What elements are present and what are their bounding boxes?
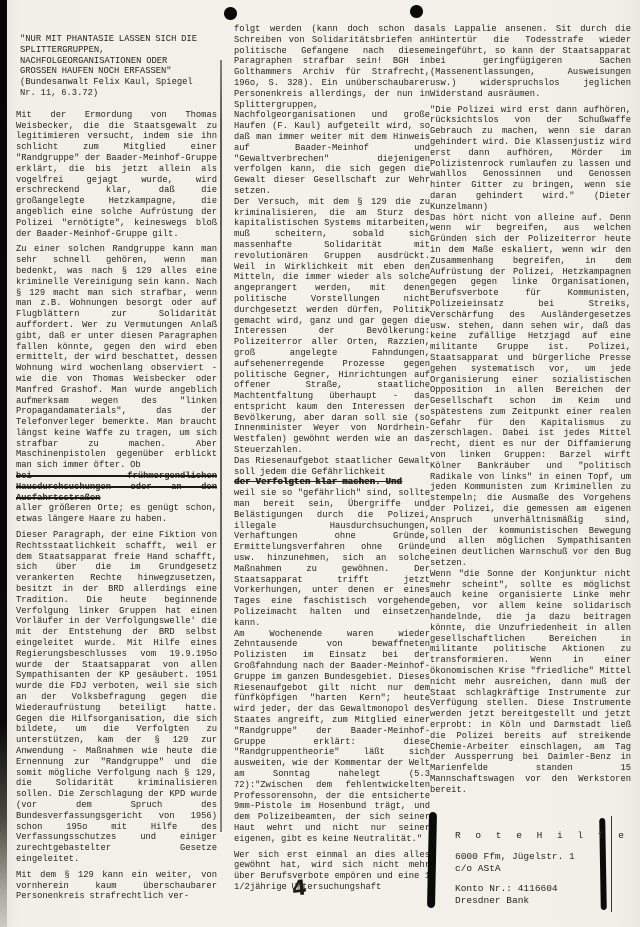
paragraph-strike: bei frühmorgendlichen Hausdurchsuchungen… — [16, 471, 217, 503]
paragraph-para-flow: Zu einer solchen Randgruppe kann man seh… — [16, 244, 217, 471]
paragraph-para: Am Wochenende waren wieder Zehntausende … — [234, 629, 430, 845]
paragraph-para: Dieser Paragraph, der eine Fiktion von R… — [16, 530, 217, 865]
paragraph-para: Mit der Ermordung von Thomas Weisbecker,… — [16, 110, 217, 240]
paragraph-overprint: der Verfolgten klar machen. Und — [234, 477, 430, 488]
text-column-left: "NUR MIT PHANTASIE LASSEN SICH DIE SPLIT… — [16, 34, 217, 902]
contact-box-text: R o t e H i l f e 6000 Ffm, Jügelstr. 1 … — [455, 830, 595, 907]
paragraph-para-flow: Mit dem § 129 kann ein weiter, von vornh… — [16, 870, 217, 902]
paragraph-para-flow: "Die Polizei wird erst dann aufhören, rü… — [430, 105, 631, 213]
text-column-right: als Lappalie ansenen. Sit durch die Hint… — [430, 24, 631, 801]
bank-name-line: Dresdner Bank — [455, 895, 595, 907]
paragraph-para-flow: weil sie so "gefährlich" sind, sollte ma… — [234, 488, 430, 628]
text-column-middle: folgt werden (kann doch schon das Schrei… — [234, 24, 430, 893]
paragraph-para: als Lappalie ansenen. Sit durch die Hint… — [430, 24, 631, 100]
paragraph-para: Wenn "die Sonne der Konjunktur nicht meh… — [430, 569, 631, 796]
paragraph-para-flow: Das hört nicht von alleine auf. Denn wen… — [430, 213, 631, 569]
paragraph-para-flow: Wer sich erst einmal an dies alles gewöh… — [234, 850, 430, 893]
paragraph-quote: "NUR MIT PHANTASIE LASSEN SICH DIE SPLIT… — [20, 34, 208, 99]
organization-name: R o t e H i l f e — [455, 830, 595, 842]
paragraph-para: aller größeren Orte; es genügt schon, et… — [16, 503, 217, 525]
scan-left-edge — [0, 0, 7, 927]
address-line: 6000 Ffm, Jügelstr. 1 — [455, 851, 595, 863]
paragraph-para-flow: folgt werden (kann doch schon das Schrei… — [234, 24, 430, 197]
account-number-line: Konto Nr.: 4116604 — [455, 883, 595, 895]
paragraph-para-flow: Der Versuch, mit dem § 129 die zu krimin… — [234, 197, 430, 456]
column-divider — [220, 60, 222, 832]
contact-box: R o t e H i l f e 6000 Ffm, Jügelstr. 1 … — [428, 810, 614, 914]
contact-box-left-border — [427, 812, 437, 908]
address-line: c/o AStA — [455, 863, 595, 875]
punch-hole-mark — [410, 5, 423, 18]
page-number: 4 — [291, 875, 308, 900]
punch-hole-mark — [224, 7, 237, 20]
paragraph-para-flow: Das Riesenaufgebot staatlicher Gewalt so… — [234, 456, 430, 478]
